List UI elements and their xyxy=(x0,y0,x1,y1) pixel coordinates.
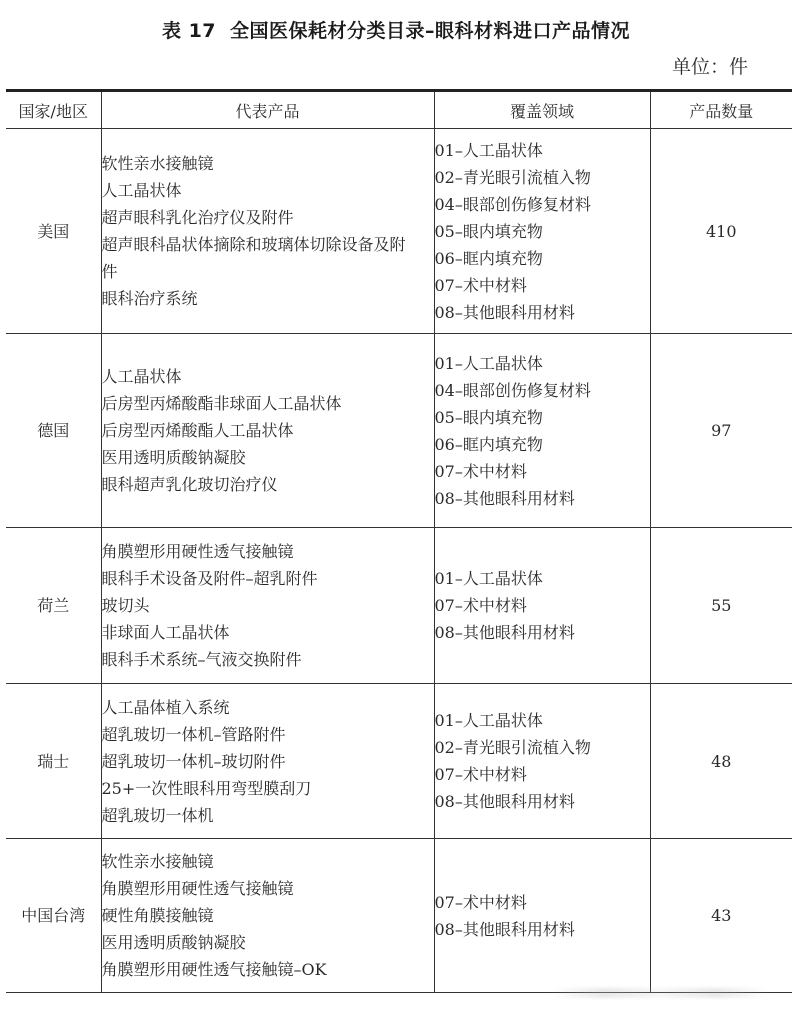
product-item: 眼科治疗系统 xyxy=(102,285,434,312)
product-item: 人工晶体植入系统 xyxy=(102,694,434,721)
product-item: 人工晶状体 xyxy=(102,177,434,204)
product-item: 角膜塑形用硬性透气接触镜–OK xyxy=(102,956,434,983)
area-item: 08–其他眼科用材料 xyxy=(435,299,650,326)
count-cell: 55 xyxy=(650,528,792,684)
count-cell: 48 xyxy=(650,684,792,839)
area-item: 06–眶内填充物 xyxy=(435,245,650,272)
products-cell: 角膜塑形用硬性透气接触镜 眼科手术设备及附件–超乳附件 玻切头 非球面人工晶状体… xyxy=(101,528,434,684)
header-count: 产品数量 xyxy=(650,91,792,129)
area-item: 02–青光眼引流植入物 xyxy=(435,164,650,191)
product-item: 后房型丙烯酸酯人工晶状体 xyxy=(102,417,434,444)
areas-cell: 01–人工晶状体 02–青光眼引流植入物 04–眼部创伤修复材料 05–眼内填充… xyxy=(434,129,650,334)
country-cell: 美国 xyxy=(6,129,101,334)
watermark-smudge xyxy=(550,988,770,998)
area-item: 04–眼部创伤修复材料 xyxy=(435,191,650,218)
table-row: 美国 软性亲水接触镜 人工晶状体 超声眼科乳化治疗仪及附件 超声眼科晶状体摘除和… xyxy=(6,129,792,334)
product-item: 25+一次性眼科用弯型膜刮刀 xyxy=(102,775,434,802)
area-item: 07–术中材料 xyxy=(435,458,650,485)
area-item: 04–眼部创伤修复材料 xyxy=(435,377,650,404)
product-item: 超乳玻切一体机–玻切附件 xyxy=(102,748,434,775)
area-item: 08–其他眼科用材料 xyxy=(435,485,650,512)
product-item: 玻切头 xyxy=(102,592,434,619)
area-item: 01–人工晶状体 xyxy=(435,707,650,734)
table-row: 荷兰 角膜塑形用硬性透气接触镜 眼科手术设备及附件–超乳附件 玻切头 非球面人工… xyxy=(6,528,792,684)
area-item: 01–人工晶状体 xyxy=(435,565,650,592)
count-cell: 97 xyxy=(650,334,792,528)
table-row: 中国台湾 软性亲水接触镜 角膜塑形用硬性透气接触镜 硬性角膜接触镜 医用透明质酸… xyxy=(6,839,792,993)
product-item: 软性亲水接触镜 xyxy=(102,150,434,177)
area-item: 08–其他眼科用材料 xyxy=(435,619,650,646)
table-row: 德国 人工晶状体 后房型丙烯酸酯非球面人工晶状体 后房型丙烯酸酯人工晶状体 医用… xyxy=(6,334,792,528)
product-item: 硬性角膜接触镜 xyxy=(102,902,434,929)
count-cell: 410 xyxy=(650,129,792,334)
area-item: 07–术中材料 xyxy=(435,761,650,788)
area-item: 05–眼内填充物 xyxy=(435,404,650,431)
count-cell: 43 xyxy=(650,839,792,993)
areas-cell: 07–术中材料 08–其他眼科用材料 xyxy=(434,839,650,993)
area-item: 08–其他眼科用材料 xyxy=(435,916,650,943)
table-number: 表 17 xyxy=(162,20,216,42)
area-item: 07–术中材料 xyxy=(435,592,650,619)
area-item: 05–眼内填充物 xyxy=(435,218,650,245)
area-item: 07–术中材料 xyxy=(435,272,650,299)
unit-label: 单位：件 xyxy=(672,52,748,79)
country-cell: 中国台湾 xyxy=(6,839,101,993)
areas-cell: 01–人工晶状体 04–眼部创伤修复材料 05–眼内填充物 06–眶内填充物 0… xyxy=(434,334,650,528)
product-item: 眼科超声乳化玻切治疗仪 xyxy=(102,471,434,498)
product-item: 医用透明质酸钠凝胶 xyxy=(102,444,434,471)
product-item: 超声眼科乳化治疗仪及附件 xyxy=(102,204,434,231)
product-item: 角膜塑形用硬性透气接触镜 xyxy=(102,538,434,565)
product-item: 人工晶状体 xyxy=(102,363,434,390)
product-item: 超乳玻切一体机–管路附件 xyxy=(102,721,434,748)
header-country: 国家/地区 xyxy=(6,91,101,129)
products-cell: 软性亲水接触镜 角膜塑形用硬性透气接触镜 硬性角膜接触镜 医用透明质酸钠凝胶 角… xyxy=(101,839,434,993)
product-item: 医用透明质酸钠凝胶 xyxy=(102,929,434,956)
areas-cell: 01–人工晶状体 07–术中材料 08–其他眼科用材料 xyxy=(434,528,650,684)
country-cell: 荷兰 xyxy=(6,528,101,684)
table-header-row: 国家/地区 代表产品 覆盖领域 产品数量 xyxy=(6,91,792,129)
area-item: 02–青光眼引流植入物 xyxy=(435,734,650,761)
table-title-text: 全国医保耗材分类目录–眼科材料进口产品情况 xyxy=(230,20,630,42)
country-cell: 德国 xyxy=(6,334,101,528)
import-products-table: 国家/地区 代表产品 覆盖领域 产品数量 美国 软性亲水接触镜 人工晶状体 超声… xyxy=(6,89,792,993)
product-item: 后房型丙烯酸酯非球面人工晶状体 xyxy=(102,390,434,417)
area-item: 01–人工晶状体 xyxy=(435,350,650,377)
product-item: 角膜塑形用硬性透气接触镜 xyxy=(102,875,434,902)
area-item: 08–其他眼科用材料 xyxy=(435,788,650,815)
table-title: 表 17全国医保耗材分类目录–眼科材料进口产品情况 xyxy=(0,16,792,43)
areas-cell: 01–人工晶状体 02–青光眼引流植入物 07–术中材料 08–其他眼科用材料 xyxy=(434,684,650,839)
area-item: 07–术中材料 xyxy=(435,889,650,916)
header-products: 代表产品 xyxy=(101,91,434,129)
area-item: 01–人工晶状体 xyxy=(435,137,650,164)
table-row: 瑞士 人工晶体植入系统 超乳玻切一体机–管路附件 超乳玻切一体机–玻切附件 25… xyxy=(6,684,792,839)
product-item: 超声眼科晶状体摘除和玻璃体切除设备及附件 xyxy=(102,231,420,285)
product-item: 眼科手术设备及附件–超乳附件 xyxy=(102,565,434,592)
country-cell: 瑞士 xyxy=(6,684,101,839)
header-areas: 覆盖领域 xyxy=(434,91,650,129)
products-cell: 人工晶体植入系统 超乳玻切一体机–管路附件 超乳玻切一体机–玻切附件 25+一次… xyxy=(101,684,434,839)
product-item: 非球面人工晶状体 xyxy=(102,619,434,646)
products-cell: 人工晶状体 后房型丙烯酸酯非球面人工晶状体 后房型丙烯酸酯人工晶状体 医用透明质… xyxy=(101,334,434,528)
product-item: 眼科手术系统–气液交换附件 xyxy=(102,646,434,673)
area-item: 06–眶内填充物 xyxy=(435,431,650,458)
product-item: 软性亲水接触镜 xyxy=(102,848,434,875)
products-cell: 软性亲水接触镜 人工晶状体 超声眼科乳化治疗仪及附件 超声眼科晶状体摘除和玻璃体… xyxy=(101,129,434,334)
product-item: 超乳玻切一体机 xyxy=(102,802,434,829)
